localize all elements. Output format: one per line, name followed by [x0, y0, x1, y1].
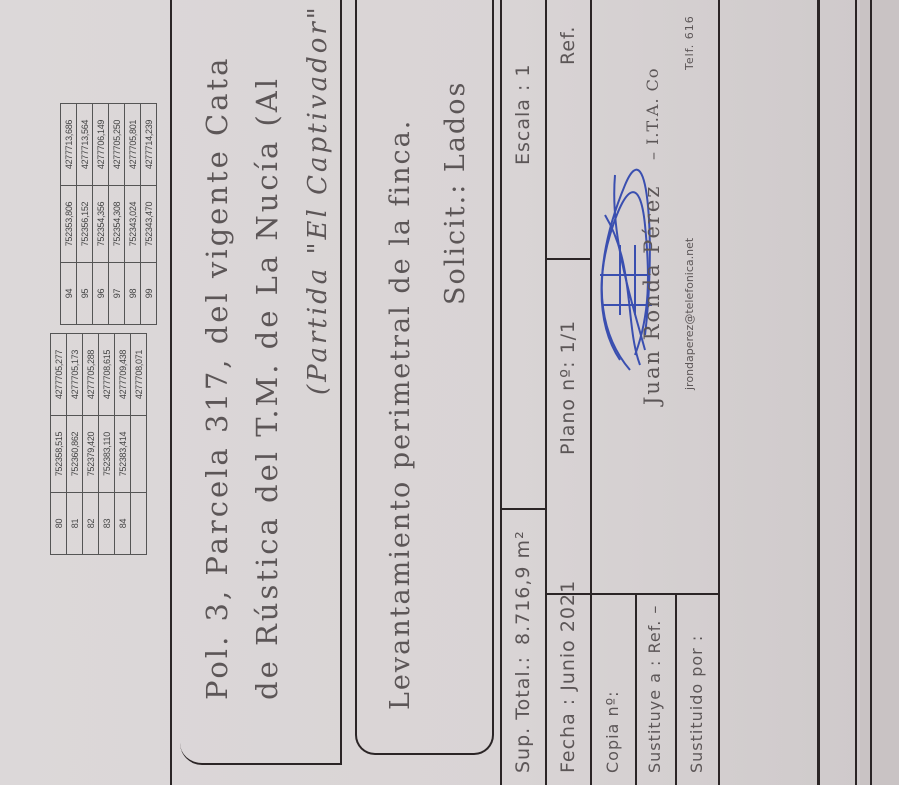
title-block: 94752353,8064277713,68695752356,15242777… — [0, 0, 899, 785]
frame-line — [870, 0, 872, 785]
coord-x: 752360,862 — [67, 416, 83, 493]
point-number — [131, 493, 147, 555]
coord-y: 4277705,288 — [83, 334, 99, 416]
frame-line — [817, 0, 820, 785]
solicitant-text: Solicit.: Lados — [440, 81, 471, 305]
coord-y: 4277705,277 — [51, 334, 67, 416]
table-row: 82752379,4204277705,288 — [83, 334, 99, 555]
coord-x: 752356,152 — [77, 186, 93, 263]
scale-label: Escala : 1 — [512, 64, 534, 165]
table-row: 98752343,0244277705,801 — [125, 104, 141, 325]
point-number: 96 — [93, 263, 109, 325]
table-row: 97752354,3084277705,250 — [109, 104, 125, 325]
title-line-3: (Partida "El Captivador" — [303, 4, 333, 395]
coord-x: 752383,414 — [115, 416, 131, 493]
coord-y: 4277705,173 — [67, 334, 83, 416]
frame-line — [170, 0, 172, 785]
date-label: Fecha : Junio 2021 — [557, 580, 579, 773]
coordinates-table-a: 80752358,5154277705,27781752360,86242777… — [50, 333, 147, 555]
coord-x: 752383,110 — [99, 416, 115, 493]
replaced-by-label: Sustituido por : — [687, 635, 706, 773]
grid-line — [500, 508, 545, 510]
coord-x: 752358,515 — [51, 416, 67, 493]
surface-value: 8.716,9 m² — [512, 530, 534, 645]
grid-line — [500, 0, 502, 785]
point-number: 95 — [77, 263, 93, 325]
author-email: jrondaperez@telefonica.net — [683, 238, 696, 390]
grid-line — [545, 0, 547, 785]
coord-y: 4277705,250 — [109, 104, 125, 186]
coord-y: 4277713,686 — [61, 104, 77, 186]
coord-x: 752354,356 — [93, 186, 109, 263]
coord-x: 752353,806 — [61, 186, 77, 263]
grid-line — [545, 258, 590, 260]
grid-line — [590, 0, 592, 785]
table-row: 94752353,8064277713,686 — [61, 104, 77, 325]
replaces-label: Sustituye a : Ref. – — [645, 605, 664, 773]
coord-x: 752343,024 — [125, 186, 141, 263]
coord-x: 752354,308 — [109, 186, 125, 263]
coord-y: 4277709,438 — [115, 334, 131, 416]
grid-line — [675, 595, 677, 785]
table-row: 84752383,4144277709,438 — [115, 334, 131, 555]
table-row: 83752383,1104277708,615 — [99, 334, 115, 555]
author-name: Juan Ronda Pérez — [640, 185, 664, 405]
ref-label: Ref. — [557, 26, 579, 65]
coord-y: 4277714,239 — [141, 104, 157, 186]
coord-y: 4277708,071 — [131, 334, 147, 416]
point-number: 83 — [99, 493, 115, 555]
coord-x: 752379,420 — [83, 416, 99, 493]
author-phone: Telf. 616 — [683, 15, 696, 70]
title-line-2: de Rústica del T.M. de La Nucía (Al — [250, 76, 284, 700]
table-row: 81752360,8624277705,173 — [67, 334, 83, 555]
table-row: 4277708,071 — [131, 334, 147, 555]
grid-line — [635, 595, 637, 785]
table-row: 95752356,1524277713,564 — [77, 104, 93, 325]
surface-label: Sup. Total.: — [512, 656, 534, 773]
frame-line — [855, 0, 857, 785]
coord-y: 4277705,801 — [125, 104, 141, 186]
coordinates-table-b: 94752353,8064277713,68695752356,15242777… — [60, 103, 157, 325]
copy-label: Copia nº: — [603, 690, 622, 773]
coord-x — [131, 416, 147, 493]
coord-x: 752343,470 — [141, 186, 157, 263]
point-number: 81 — [67, 493, 83, 555]
coord-y: 4277706,149 — [93, 104, 109, 186]
point-number: 84 — [115, 493, 131, 555]
table-row: 80752358,5154277705,277 — [51, 334, 67, 555]
point-number: 97 — [109, 263, 125, 325]
plan-number: Plano nº: 1/1 — [557, 320, 579, 455]
point-number: 80 — [51, 493, 67, 555]
table-row: 99752343,4704277714,239 — [141, 104, 157, 325]
subject-box — [355, 0, 494, 755]
author-title: – I.T.A. Co — [643, 68, 662, 161]
grid-line — [718, 0, 720, 785]
coord-y: 4277713,564 — [77, 104, 93, 186]
coord-y: 4277708,615 — [99, 334, 115, 416]
point-number: 99 — [141, 263, 157, 325]
point-number: 98 — [125, 263, 141, 325]
point-number: 94 — [61, 263, 77, 325]
grid-line — [590, 593, 718, 595]
subject-text: Levantamiento perimetral de la finca. — [385, 119, 416, 710]
point-number: 82 — [83, 493, 99, 555]
title-line-1: Pol. 3, Parcela 317, del vigente Cata — [200, 56, 234, 700]
table-row: 96752354,3564277706,149 — [93, 104, 109, 325]
